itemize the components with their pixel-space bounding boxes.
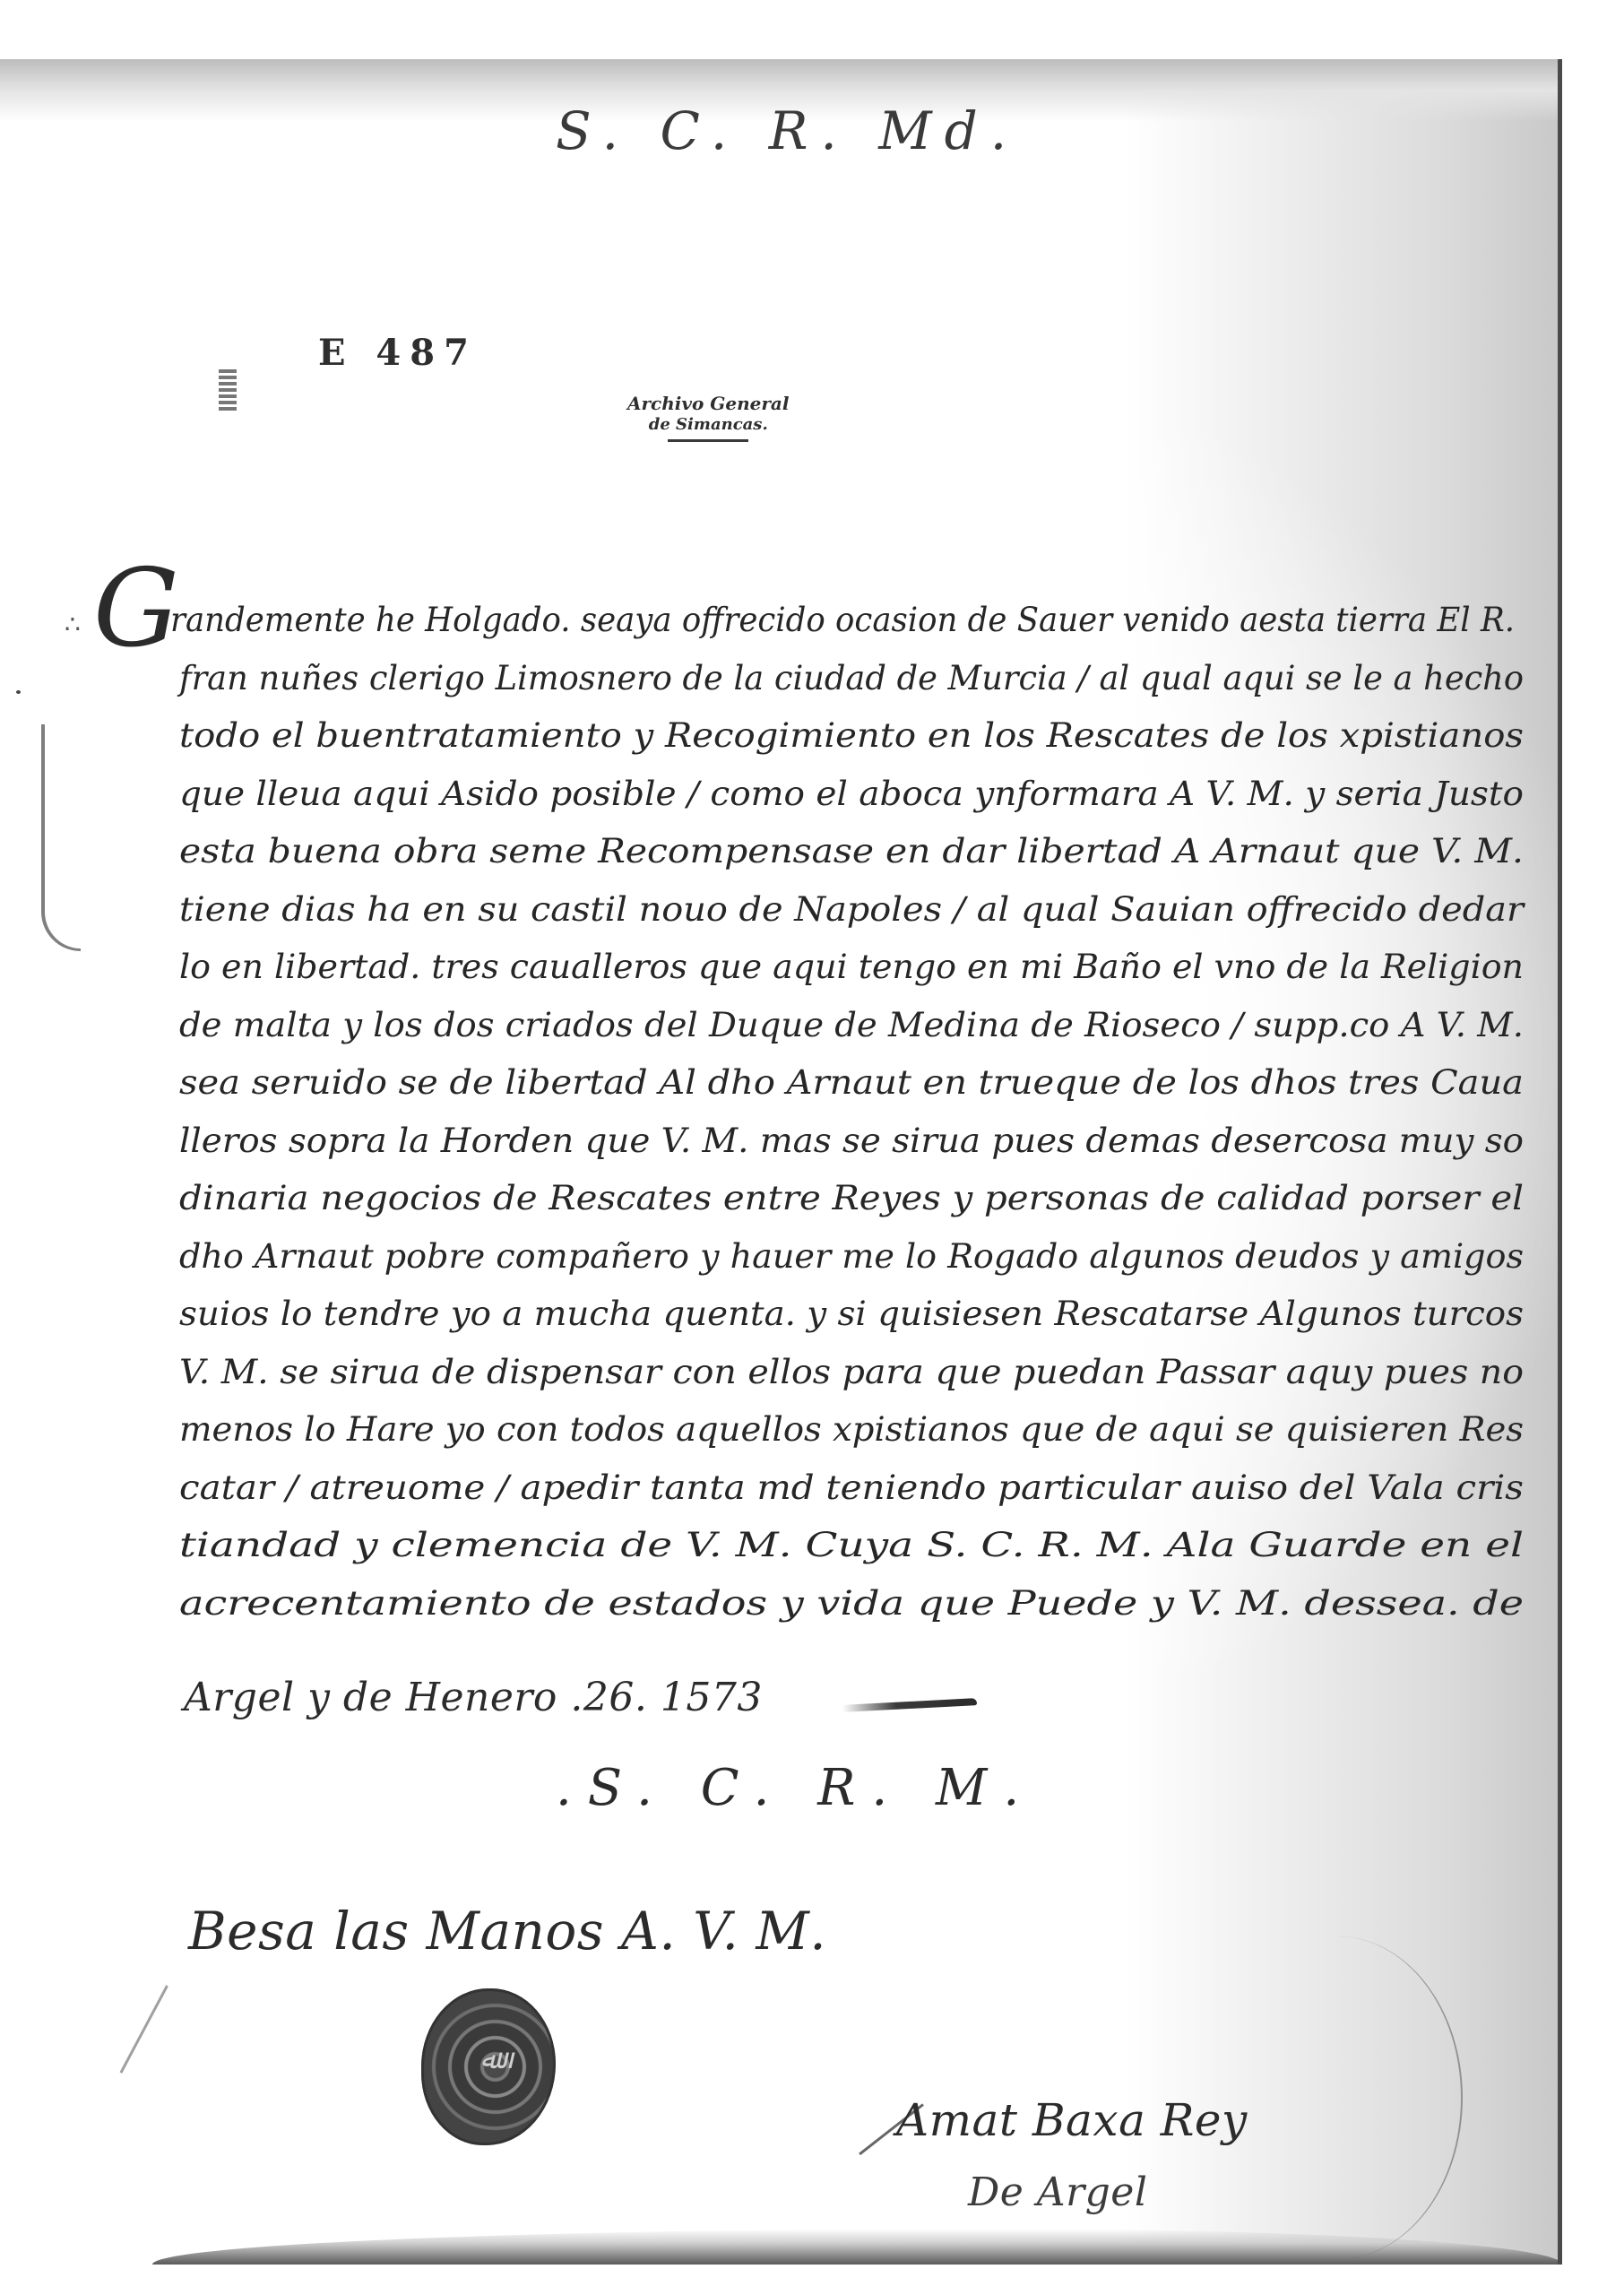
archive-stamp-line2: de Simancas. [627, 414, 789, 436]
margin-dot [16, 690, 21, 694]
body-line: lo en libertad. tres caualleros que aqui… [179, 939, 1551, 997]
archive-stamp-underline [668, 439, 748, 442]
signer-name: Amat Baxa Rey [896, 2094, 1248, 2146]
body-line: esta buena obra seme Recompensase en dar… [179, 823, 1551, 881]
margin-bracket-stroke [41, 724, 81, 951]
body-line: tiene dias ha en su castil nouo de Napol… [179, 881, 1551, 940]
body-line: menos lo Hare yo con todos aquellos xpis… [179, 1401, 1551, 1459]
seal-emblem: ﷲ [421, 2044, 556, 2075]
archive-stamp: Archivo General de Simancas. [627, 393, 789, 442]
body-line: tiandad y clemencia de V. M. Cuya S. C. … [179, 1517, 1551, 1575]
margin-mark: ∴ [65, 610, 81, 639]
body-line: sea seruido se de libertad Al dho Arnaut… [179, 1054, 1551, 1113]
date-line: Argel y de Henero .26. 1573 [184, 1675, 763, 1720]
body-line: randemente he Holgado. seaya offrecido o… [179, 592, 1551, 650]
letter-heading: S. C. R. Md. [556, 100, 1019, 161]
body-line: catar / atreuome / apedir tanta md tenie… [179, 1459, 1551, 1518]
body-line: dho Arnaut pobre compañero y hauer me lo… [179, 1228, 1551, 1286]
archive-stamp-line1: Archivo General [627, 393, 789, 414]
body-line: dinaria negocios de Rescates entre Reyes… [179, 1170, 1551, 1228]
initial-letter: G [93, 556, 179, 663]
page-edge-shadow [1558, 59, 1562, 2265]
body-line: V. M. se sirua de dispensar con ellos pa… [179, 1344, 1551, 1402]
body-line: lleros sopra la Horden que V. M. mas se … [179, 1113, 1551, 1171]
body-line: acrecentamiento de estados y vida que Pu… [179, 1575, 1551, 1633]
archive-signature-ref: E 487 [318, 332, 478, 374]
body-line: que lleua aqui Asido posible / como el a… [179, 766, 1551, 824]
body-line: de malta y los dos criados del Duque de … [179, 997, 1551, 1055]
archive-margin-mark [219, 369, 237, 411]
salutation: Besa las Manos A. V. M. [188, 1901, 826, 1962]
letter-body: randemente he Holgado. seaya offrecido o… [179, 592, 1551, 1632]
closing-initials: .S. C. R. M. [556, 1759, 1035, 1817]
body-line: suios lo tendre yo a mucha quenta. y si … [179, 1286, 1551, 1344]
signer-place: De Argel [968, 2169, 1147, 2215]
body-line: todo el buentratamiento y Recogimiento e… [179, 707, 1551, 766]
body-line: fran nuñes clerigo Limosnero de la ciuda… [179, 650, 1551, 708]
